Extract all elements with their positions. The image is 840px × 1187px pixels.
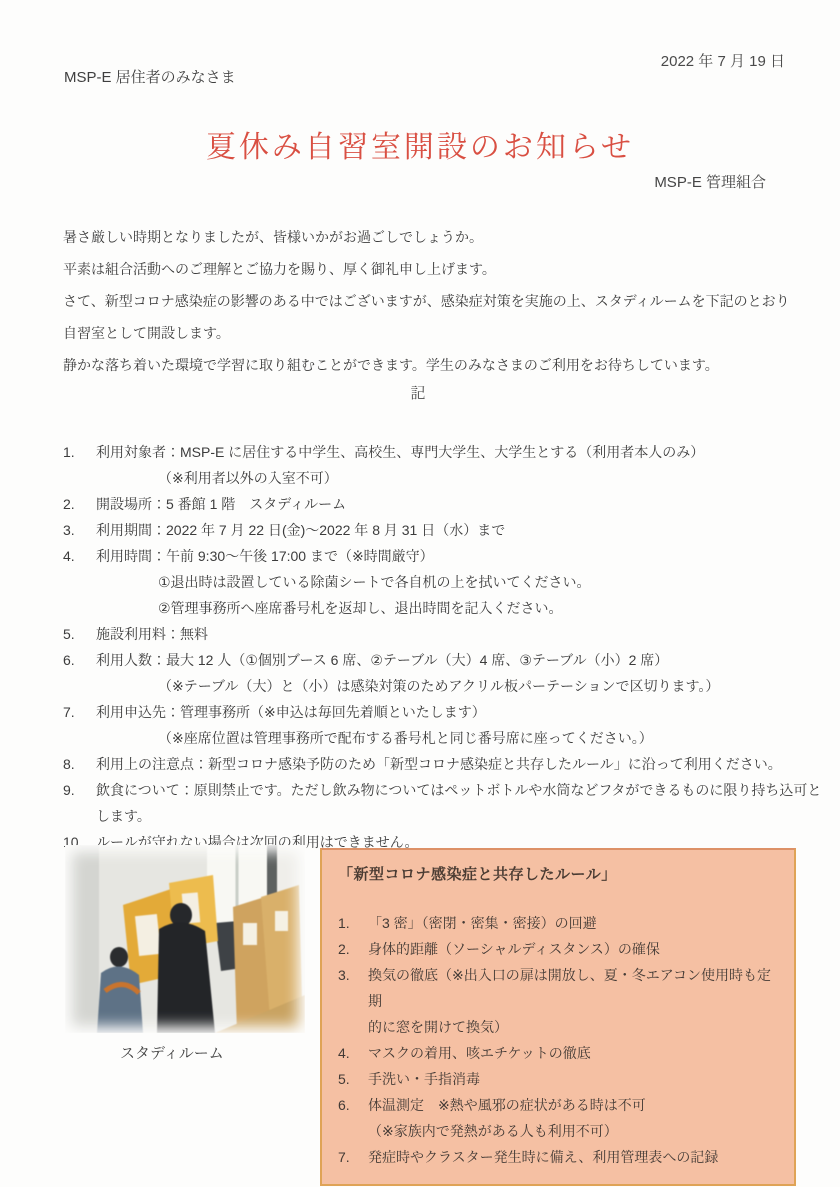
greeting-line: 静かな落ち着いた環境で学習に取り組むことができます。学生のみなさまのご利用をお待… bbox=[63, 349, 810, 381]
list-line: 利用上の注意点：新型コロナ感染予防のため「新型コロナ感染症と共存したルール」に沿… bbox=[96, 751, 826, 777]
list-line: 身体的距離（ソーシャルディスタンス）の確保 bbox=[368, 936, 780, 962]
list-line: 発症時やクラスター発生時に備え、利用管理表への記録 bbox=[368, 1144, 780, 1170]
list-item: 4.利用時間：午前 9:30～午後 17:00 まで（※時間厳守）①退出時は設置… bbox=[63, 543, 826, 621]
list-line: ②管理事務所へ座席番号札を返却し、退出時間を記入ください。 bbox=[96, 595, 826, 621]
item-text: 利用対象者：MSP-E に居住する中学生、高校生、専門大学生、大学生とする（利用… bbox=[96, 439, 826, 491]
item-number: 3. bbox=[63, 517, 96, 543]
list-line: 飲食について：原則禁止です。ただし飲み物についてはペットボトルや水筒などフタがで… bbox=[96, 777, 826, 829]
item-text: 「3 密」（密閉・密集・密接）の回避 bbox=[368, 910, 780, 936]
recipient-line: MSP-E 居住者のみなさま bbox=[64, 66, 236, 87]
item-number: 7. bbox=[338, 1144, 368, 1170]
item-number: 8. bbox=[63, 751, 96, 777]
list-line: マスクの着用、咳エチケットの徹底 bbox=[368, 1040, 780, 1066]
item-text: 飲食について：原則禁止です。ただし飲み物についてはペットボトルや水筒などフタがで… bbox=[96, 777, 826, 829]
greeting-line: 暑さ厳しい時期となりましたが、皆様いかがお過ごしでしょうか。 bbox=[63, 221, 810, 253]
cabinet-label bbox=[243, 923, 257, 945]
list-line: 利用期間：2022 年 7 月 22 日(金)～2022 年 8 月 31 日（… bbox=[96, 517, 826, 543]
list-line: （※座席位置は管理事務所で配布する番号札と同じ番号席に座ってください。） bbox=[96, 725, 826, 751]
item-text: 身体的距離（ソーシャルディスタンス）の確保 bbox=[368, 936, 780, 962]
item-number: 6. bbox=[338, 1092, 368, 1118]
item-text: 体温測定 ※熱や風邪の症状がある時は不可（※家族内で発熱がある人も利用不可） bbox=[368, 1092, 780, 1144]
item-number: 5. bbox=[338, 1066, 368, 1092]
item-number: 7. bbox=[63, 699, 96, 725]
list-item: 5.施設利用料：無料 bbox=[63, 621, 826, 647]
list-item: 5.手洗い・手指消毒 bbox=[338, 1066, 780, 1092]
list-item: 6.体温測定 ※熱や風邪の症状がある時は不可（※家族内で発熱がある人も利用不可） bbox=[338, 1092, 780, 1144]
notice-document-page: 2022 年 7 月 19 日 MSP-E 居住者のみなさま 夏休み自習室開設の… bbox=[0, 0, 840, 1187]
item-number: 1. bbox=[63, 439, 96, 465]
list-line: 「3 密」（密閉・密集・密接）の回避 bbox=[368, 910, 780, 936]
greeting-paragraphs: 暑さ厳しい時期となりましたが、皆様いかがお過ごしでしょうか。平素は組合活動へのご… bbox=[63, 221, 810, 381]
item-number: 9. bbox=[63, 777, 96, 803]
cabinet-label bbox=[275, 911, 288, 931]
list-line: 利用人数：最大 12 人（①個別ブース 6 席、②テーブル（大）4 席、③テーブ… bbox=[96, 647, 826, 673]
item-text: 利用申込先：管理事務所（※申込は毎回先着順といたします）（※座席位置は管理事務所… bbox=[96, 699, 826, 751]
item-text: 手洗い・手指消毒 bbox=[368, 1066, 780, 1092]
greeting-line: 自習室として開設します。 bbox=[63, 317, 810, 349]
item-number: 1. bbox=[338, 910, 368, 936]
list-item: 4.マスクの着用、咳エチケットの徹底 bbox=[338, 1040, 780, 1066]
rules-box-title: 「新型コロナ感染症と共存したルール」 bbox=[338, 862, 780, 888]
list-line: 的に窓を開けて換気） bbox=[368, 1014, 780, 1040]
issuing-organization: MSP-E 管理組合 bbox=[654, 171, 766, 192]
list-line: 利用時間：午前 9:30～午後 17:00 まで（※時間厳守） bbox=[96, 543, 826, 569]
list-line: 開設場所：5 番館 1 階 スタディルーム bbox=[96, 491, 826, 517]
list-item: 7.発症時やクラスター発生時に備え、利用管理表への記録 bbox=[338, 1144, 780, 1170]
list-line: ①退出時は設置している除菌シートで各自机の上を拭いてください。 bbox=[96, 569, 826, 595]
greeting-line: 平素は組合活動へのご理解とご協力を賜り、厚く御礼申し上げます。 bbox=[63, 253, 810, 285]
item-text: 換気の徹底（※出入口の扉は開放し、夏・冬エアコン使用時も定期的に窓を開けて換気） bbox=[368, 962, 780, 1040]
list-item: 3.換気の徹底（※出入口の扉は開放し、夏・冬エアコン使用時も定期的に窓を開けて換… bbox=[338, 962, 780, 1040]
document-date: 2022 年 7 月 19 日 bbox=[661, 50, 785, 71]
person-silhouette bbox=[110, 947, 128, 967]
list-line: 施設利用料：無料 bbox=[96, 621, 826, 647]
list-item: 7.利用申込先：管理事務所（※申込は毎回先着順といたします）（※座席位置は管理事… bbox=[63, 699, 826, 751]
list-line: （※利用者以外の入室不可） bbox=[96, 465, 826, 491]
list-line: 手洗い・手指消毒 bbox=[368, 1066, 780, 1092]
item-text: 利用時間：午前 9:30～午後 17:00 まで（※時間厳守）①退出時は設置して… bbox=[96, 543, 826, 621]
greeting-line: さて、新型コロナ感染症の影響のある中ではございますが、感染症対策を実施の上、スタ… bbox=[63, 285, 810, 317]
study-room-photo bbox=[65, 845, 305, 1033]
item-number: 2. bbox=[338, 936, 368, 962]
item-number: 2. bbox=[63, 491, 96, 517]
notice-list: 1.利用対象者：MSP-E に居住する中学生、高校生、専門大学生、大学生とする（… bbox=[63, 439, 826, 855]
item-text: マスクの着用、咳エチケットの徹底 bbox=[368, 1040, 780, 1066]
list-item: 2.身体的距離（ソーシャルディスタンス）の確保 bbox=[338, 936, 780, 962]
item-number: 6. bbox=[63, 647, 96, 673]
list-item: 1.利用対象者：MSP-E に居住する中学生、高校生、専門大学生、大学生とする（… bbox=[63, 439, 826, 491]
list-item: 8.利用上の注意点：新型コロナ感染予防のため「新型コロナ感染症と共存したルール」… bbox=[63, 751, 826, 777]
list-line: 換気の徹底（※出入口の扉は開放し、夏・冬エアコン使用時も定期 bbox=[368, 962, 780, 1014]
photo-caption: スタディルーム bbox=[120, 1042, 224, 1063]
study-room-photo-illustration bbox=[65, 845, 305, 1033]
item-text: 利用上の注意点：新型コロナ感染予防のため「新型コロナ感染症と共存したルール」に沿… bbox=[96, 751, 826, 777]
person-silhouette bbox=[97, 966, 143, 1033]
item-text: 利用期間：2022 年 7 月 22 日(金)～2022 年 8 月 31 日（… bbox=[96, 517, 826, 543]
item-number: 5. bbox=[63, 621, 96, 647]
rules-list: 1.「3 密」（密閉・密集・密接）の回避2.身体的距離（ソーシャルディスタンス）… bbox=[338, 910, 780, 1170]
item-number: 4. bbox=[63, 543, 96, 569]
list-line: （※家族内で発熱がある人も利用不可） bbox=[368, 1118, 780, 1144]
list-item: 1.「3 密」（密閉・密集・密接）の回避 bbox=[338, 910, 780, 936]
list-line: 体温測定 ※熱や風邪の症状がある時は不可 bbox=[368, 1092, 780, 1118]
list-line: （※テーブル（大）と（小）は感染対策のためアクリル板パーテーションで区切ります。… bbox=[96, 673, 826, 699]
list-line: 利用申込先：管理事務所（※申込は毎回先着順といたします） bbox=[96, 699, 826, 725]
list-item: 2.開設場所：5 番館 1 階 スタディルーム bbox=[63, 491, 826, 517]
list-item: 6.利用人数：最大 12 人（①個別ブース 6 席、②テーブル（大）4 席、③テ… bbox=[63, 647, 826, 699]
item-number: 3. bbox=[338, 962, 368, 988]
item-text: 開設場所：5 番館 1 階 スタディルーム bbox=[96, 491, 826, 517]
list-item: 3.利用期間：2022 年 7 月 22 日(金)～2022 年 8 月 31 … bbox=[63, 517, 826, 543]
item-text: 利用人数：最大 12 人（①個別ブース 6 席、②テーブル（大）4 席、③テーブ… bbox=[96, 647, 826, 699]
list-item: 9.飲食について：原則禁止です。ただし飲み物についてはペットボトルや水筒などフタ… bbox=[63, 777, 826, 829]
left-wall-edge bbox=[65, 845, 99, 1033]
item-text: 発症時やクラスター発生時に備え、利用管理表への記録 bbox=[368, 1144, 780, 1170]
list-line: 利用対象者：MSP-E に居住する中学生、高校生、専門大学生、大学生とする（利用… bbox=[96, 439, 826, 465]
record-marker: 記 bbox=[0, 382, 840, 403]
carrel-paper bbox=[135, 914, 161, 956]
item-number: 4. bbox=[338, 1040, 368, 1066]
covid-rules-box: 「新型コロナ感染症と共存したルール」 1.「3 密」（密閉・密集・密接）の回避2… bbox=[320, 848, 796, 1186]
item-text: 施設利用料：無料 bbox=[96, 621, 826, 647]
document-title: 夏休み自習室開設のお知らせ bbox=[0, 122, 840, 166]
